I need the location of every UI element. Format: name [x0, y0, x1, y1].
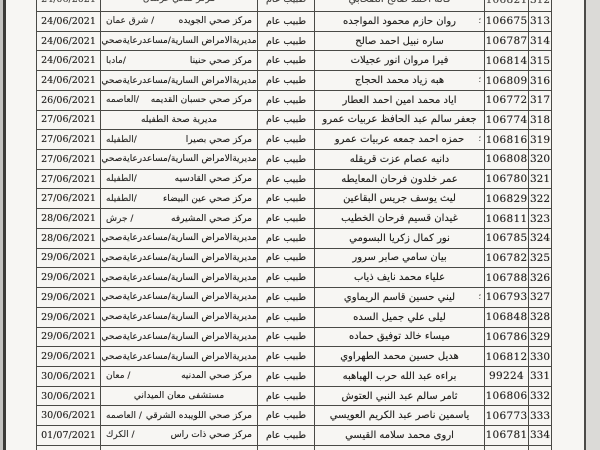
job-title-text: طبيب عام — [266, 0, 306, 5]
workplace: مستشفى معان الميداني — [100, 387, 257, 407]
row-number-text: 323 — [530, 213, 550, 225]
row-number-text: 315 — [530, 55, 550, 67]
job-title: طبيب عام — [257, 12, 314, 32]
workplace-name: مديريةالامراض السارية/مساعدرعايةصحي — [101, 253, 256, 263]
record-date: 27/06/2021 — [36, 130, 100, 150]
physician-name-text: ساره نبيل احمد صالح — [355, 36, 443, 47]
table-row: 322106829ليث يوسف جريس البقاعينطبيب عامم… — [36, 189, 552, 209]
physician-name: علياء محمد نايف ذياب — [314, 268, 484, 288]
job-title-text: طبيب عام — [266, 16, 306, 27]
row-number: 327 — [528, 288, 551, 308]
physician-name: فيرا مروان انور عجيلات — [314, 51, 484, 71]
row-number-text: 321 — [530, 173, 550, 185]
workplace-name: مركز صحي عين البيضاء — [163, 194, 252, 204]
registration-id-text: 106785 — [486, 232, 528, 244]
physician-name-text: ثامر سالم عبد النبي العتوش — [342, 391, 458, 402]
row-number: 326 — [528, 268, 551, 288]
workplace: مديريةالامراض السارية/مساعدرعايةصحي — [100, 328, 257, 348]
registration-id: 106806 — [484, 387, 528, 407]
workplace: مركز صحي حنينا/مادبا — [100, 51, 257, 71]
physician-name: نور كمال زكريا البسومي — [314, 229, 484, 249]
physician-name: هبه زياد محمد الحجاج — [314, 71, 484, 91]
job-title-text: طبيب عام — [266, 134, 306, 145]
record-date: 29/06/2021 — [36, 308, 100, 328]
registration-id-text: 106781 — [486, 429, 528, 441]
workplace-name: مستشفى معان الميداني — [134, 391, 224, 401]
row-number: 328 — [528, 308, 551, 328]
table-row: 330106812هديل حسين محمد الطهراويطبيب عام… — [36, 347, 552, 367]
physician-name-text: ليني حسين قاسم الريماوي — [344, 292, 455, 303]
physician-name: براءه عبد الله حرب الهباهبه — [314, 367, 484, 387]
workplace-name: مركز صحي المشيرفه — [171, 214, 252, 224]
job-title-text: طبيب عام — [266, 331, 306, 342]
table-row: 334106781اروى محمد سلامه القيسيطبيب عامم… — [36, 426, 552, 446]
workplace: مديريةالامراض السارية/مساعدرعايةصحي — [100, 150, 257, 170]
job-title: طبيب عام — [257, 268, 314, 288]
physician-name: ليلى علي جميل السده — [314, 308, 484, 328]
registration-id-text: 106793 — [486, 291, 528, 303]
workplace: مركز صحي غرسان — [100, 0, 257, 12]
record-date-text: 29/06/2021 — [41, 272, 96, 283]
physician-name-text: هديل حسين محمد الطهراوي — [340, 351, 459, 362]
job-title-text: طبيب عام — [266, 75, 306, 86]
row-number: 317 — [528, 91, 551, 111]
record-date: 30/06/2021 — [36, 367, 100, 387]
row-number: 320 — [528, 150, 551, 170]
record-date: 24/06/2021 — [36, 0, 100, 12]
physician-name-text: حمزه احمد جمعه عربيات عمرو — [335, 134, 464, 145]
registration-id: 106829 — [484, 189, 528, 209]
job-title-empty — [257, 446, 314, 450]
registration-id: 106782 — [484, 249, 528, 269]
workplace: مديريةالامراض السارية/مساعدرعايةصحي — [100, 268, 257, 288]
physician-name: اروى محمد سلامه القيسي — [314, 426, 484, 446]
workplace-name: مديريةالامراض السارية/مساعدرعايةصحي — [101, 76, 256, 86]
registration-id: 106816 — [484, 130, 528, 150]
table-row: 327106793ليني حسين قاسم الريماويطبيب عام… — [36, 288, 552, 308]
row-number: 321 — [528, 170, 551, 190]
registration-id-text: 106829 — [486, 193, 528, 205]
row-number-text: 312 — [530, 0, 550, 6]
record-date-text: 24/06/2021 — [41, 16, 96, 27]
record-date: 27/06/2021 — [36, 170, 100, 190]
workplace: مديريةالامراض السارية/مساعدرعايةصحي — [100, 229, 257, 249]
row-number: 333 — [528, 406, 551, 426]
physician-name-text: اياد محمد امين احمد العطار — [342, 95, 456, 106]
physician-name: ثامر سالم عبد النبي العتوش — [314, 387, 484, 407]
row-number-text: 314 — [530, 35, 550, 47]
table-row: 313106675روان حازم محمود المواجدهطبيب عا… — [36, 12, 552, 32]
job-title-text: طبيب عام — [266, 114, 306, 125]
row-number-text: 316 — [530, 75, 550, 87]
registration-id: 106848 — [484, 308, 528, 328]
job-title-text: طبيب عام — [266, 252, 306, 263]
record-date: 29/06/2021 — [36, 249, 100, 269]
workplace-name: مركز صحي اللويبده الشرقي — [146, 411, 252, 421]
workplace: مركز صحي المدنيه/ معان — [100, 367, 257, 387]
physician-name: اياد محمد امين احمد العطار — [314, 91, 484, 111]
record-date: 26/06/2021 — [36, 91, 100, 111]
record-date: 01/07/2021 — [36, 426, 100, 446]
row-number-empty — [528, 446, 551, 450]
record-date-text: 24/06/2021 — [41, 0, 96, 5]
workplace: مديريةالامراض السارية/مساعدرعايةصحي — [100, 71, 257, 91]
row-number: 330 — [528, 347, 551, 367]
physician-name: ساره نبيل احمد صالح — [314, 32, 484, 52]
record-date-text: 27/06/2021 — [41, 114, 96, 125]
physician-name: بيان سامي صابر سرور — [314, 249, 484, 269]
table-row: 333106773ياسمين ناصر عبد الكريم العويسيط… — [36, 406, 552, 426]
job-title: طبيب عام — [257, 71, 314, 91]
registration-id-text: 106808 — [486, 153, 528, 165]
physician-name-text: عمر خلدون فرحان المعايطه — [341, 174, 457, 185]
table-row: 325106782بيان سامي صابر سرورطبيب عاممدير… — [36, 249, 552, 269]
job-title: طبيب عام — [257, 347, 314, 367]
registration-id-text: 106786 — [486, 331, 528, 343]
record-date-text: 24/06/2021 — [41, 55, 96, 66]
row-number: 314 — [528, 32, 551, 52]
workplace-name: مديريةالامراض السارية/مساعدرعايةصحي — [101, 273, 256, 283]
registration-id-text: 106675 — [486, 15, 528, 27]
row-number: 322 — [528, 189, 551, 209]
physician-name-text: براءه عبد الله حرب الهباهبه — [343, 371, 457, 382]
workplace: مركز صحي الجويده/ شرق عمان — [100, 12, 257, 32]
physician-name-text: دانيه عصام عزت قريقله — [350, 154, 450, 165]
physician-name-text: علياء محمد نايف ذياب — [354, 272, 445, 283]
physician-name: دانيه عصام عزت قريقله — [314, 150, 484, 170]
row-number-text: 330 — [530, 351, 550, 363]
registration-id: 106811 — [484, 209, 528, 229]
job-title: طبيب عام — [257, 229, 314, 249]
workplace-governorate: / جرش — [106, 214, 133, 224]
physician-name-text: هبه زياد محمد الحجاج — [355, 75, 444, 86]
record-date-text: 27/06/2021 — [41, 134, 96, 145]
workplace: مديريةالامراض السارية/مساعدرعايةصحي — [100, 288, 257, 308]
physician-name: هديل حسين محمد الطهراوي — [314, 347, 484, 367]
workplace-governorate: /مادبا — [106, 56, 126, 66]
row-number-text: 327 — [530, 291, 550, 303]
record-date-empty — [36, 446, 100, 450]
record-date-text: 30/06/2021 — [41, 371, 96, 382]
record-date: 30/06/2021 — [36, 387, 100, 407]
row-number-text: 325 — [530, 252, 550, 264]
record-date: 24/06/2021 — [36, 51, 100, 71]
registration-id: 106774 — [484, 111, 528, 131]
physician-name: ياسمين ناصر عبد الكريم العويسي — [314, 406, 484, 426]
registration-id: 106772 — [484, 91, 528, 111]
registration-id: 106808 — [484, 150, 528, 170]
job-title: طبيب عام — [257, 111, 314, 131]
workplace-governorate: /الطفيله — [106, 174, 137, 184]
workplace-name: مركز صحي الجويده — [179, 16, 252, 26]
table-row: 328106848ليلى علي جميل السدهطبيب عاممدير… — [36, 308, 552, 328]
registration-id-text: 106787 — [486, 35, 528, 47]
table-row: 317106772اياد محمد امين احمد العطارطبيب … — [36, 91, 552, 111]
job-title-text: طبيب عام — [266, 95, 306, 106]
row-number: 324 — [528, 229, 551, 249]
table-row: 312106821قاله احمد صالح الصحابيطبيب عامم… — [36, 0, 552, 12]
record-date: 29/06/2021 — [36, 328, 100, 348]
physician-name: ليث يوسف جريس البقاعين — [314, 189, 484, 209]
table-row: 332106806ثامر سالم عبد النبي العتوشطبيب … — [36, 387, 552, 407]
workplace: مركز صحي ذات راس/ الكرك — [100, 426, 257, 446]
registration-id-text: 106811 — [486, 213, 528, 225]
physician-name-text: فيرا مروان انور عجيلات — [351, 55, 449, 66]
registration-id: 106785 — [484, 229, 528, 249]
table-row: 316106809هبه زياد محمد الحجاجطبيب عاممدي… — [36, 71, 552, 91]
record-date: 27/06/2021 — [36, 150, 100, 170]
record-date-text: 24/06/2021 — [41, 36, 96, 47]
record-date: 29/06/2021 — [36, 288, 100, 308]
physician-name: عمر خلدون فرحان المعايطه — [314, 170, 484, 190]
registration-id-text: 106814 — [486, 55, 528, 67]
job-title: طبيب عام — [257, 406, 314, 426]
record-date-text: 30/06/2021 — [41, 391, 96, 402]
registration-id-empty — [484, 446, 528, 450]
job-title: طبيب عام — [257, 367, 314, 387]
workplace: مركز صحي بصيرا/الطفيله — [100, 130, 257, 150]
row-number: 331 — [528, 367, 551, 387]
job-title: طبيب عام — [257, 387, 314, 407]
record-date: 30/06/2021 — [36, 406, 100, 426]
job-title-text: طبيب عام — [266, 272, 306, 283]
record-date: 24/06/2021 — [36, 12, 100, 32]
row-number-text: 320 — [530, 153, 550, 165]
physician-name-text: روان حازم محمود المواجده — [343, 16, 456, 27]
registration-id: 99224 — [484, 367, 528, 387]
job-title-text: طبيب عام — [266, 371, 306, 382]
table-row: 33199224براءه عبد الله حرب الهباهبهطبيب … — [36, 367, 552, 387]
record-date-text: 28/06/2021 — [41, 213, 96, 224]
row-number: 332 — [528, 387, 551, 407]
scan-edge-line-left — [3, 0, 6, 450]
registration-id: 106812 — [484, 347, 528, 367]
registration-id: 106809 — [484, 71, 528, 91]
workplace-governorate: /العاصمه — [106, 95, 139, 105]
workplace: مديريةالامراض السارية/مساعدرعايةصحي — [100, 347, 257, 367]
registration-id-text: 106812 — [486, 351, 528, 363]
registration-id-text: 106816 — [486, 134, 528, 146]
row-number-text: 332 — [530, 390, 550, 402]
job-title-text: طبيب عام — [266, 154, 306, 165]
workplace-name: مديريةالامراض السارية/مساعدرعايةصحي — [101, 312, 256, 322]
physician-name-text: ليث يوسف جريس البقاعين — [343, 193, 456, 204]
job-title: طبيب عام — [257, 0, 314, 12]
physician-name: غيدان قسيم فرحان الخطيب — [314, 209, 484, 229]
workplace-name: مركز صحي المدنيه — [181, 371, 252, 381]
job-title: طبيب عام — [257, 288, 314, 308]
job-title: طبيب عام — [257, 189, 314, 209]
job-title: طبيب عام — [257, 32, 314, 52]
record-date-text: 27/06/2021 — [41, 174, 96, 185]
table-row: 329106786ميساء خالد توفيق حمادهطبيب عامم… — [36, 328, 552, 348]
job-title-text: طبيب عام — [266, 410, 306, 421]
registration-id: 106814 — [484, 51, 528, 71]
table-row: 320106808دانيه عصام عزت قريقلهطبيب عاممد… — [36, 150, 552, 170]
record-date-text: 28/06/2021 — [41, 233, 96, 244]
job-title-text: طبيب عام — [266, 312, 306, 323]
workplace-name: مديريةالامراض السارية/مساعدرعايةصحي — [101, 292, 256, 302]
workplace: مديريةالامراض السارية/مساعدرعايةصحي — [100, 249, 257, 269]
record-date-text: 29/06/2021 — [41, 331, 96, 342]
record-date: 29/06/2021 — [36, 347, 100, 367]
physician-name-text: اروى محمد سلامه القيسي — [345, 430, 454, 441]
workplace-governorate: / شرق عمان — [106, 16, 154, 26]
workplace: مركز صحي القادسيه/الطفيله — [100, 170, 257, 190]
job-title-text: طبيب عام — [266, 430, 306, 441]
registration-id: 106675 — [484, 12, 528, 32]
row-number-text: 329 — [530, 331, 550, 343]
record-date-text: 27/06/2021 — [41, 193, 96, 204]
registration-id-text: 106821 — [486, 0, 528, 6]
row-number-text: 326 — [530, 272, 550, 284]
registration-id: 106780 — [484, 170, 528, 190]
row-number: 334 — [528, 426, 551, 446]
row-number-text: 319 — [530, 134, 550, 146]
job-title-text: طبيب عام — [266, 193, 306, 204]
registration-id: 106786 — [484, 328, 528, 348]
registration-id-text: 106848 — [486, 311, 528, 323]
record-date: 24/06/2021 — [36, 32, 100, 52]
row-number-text: 318 — [530, 114, 550, 126]
record-date-text: 29/06/2021 — [41, 252, 96, 263]
table-row: 324106785نور كمال زكريا البسوميطبيب عامم… — [36, 229, 552, 249]
physician-name-text: ياسمين ناصر عبد الكريم العويسي — [330, 410, 470, 421]
row-number-text: 334 — [530, 429, 550, 441]
workplace-name: مديريةالامراض السارية/مساعدرعايةصحي — [101, 332, 256, 342]
physician-name-empty — [314, 446, 484, 450]
job-title: طبيب عام — [257, 328, 314, 348]
record-date: 28/06/2021 — [36, 229, 100, 249]
physician-name-text: نور كمال زكريا البسومي — [349, 233, 450, 244]
physician-name: ليني حسين قاسم الريماوي — [314, 288, 484, 308]
job-title: طبيب عام — [257, 170, 314, 190]
workplace-name: مركز صحي غرسان — [143, 0, 215, 4]
row-number: 323 — [528, 209, 551, 229]
scan-margin-right — [586, 0, 600, 450]
workplace-name: مركز صحي القادسيه — [175, 174, 252, 184]
job-title: طبيب عام — [257, 308, 314, 328]
row-number-text: 313 — [530, 15, 550, 27]
physician-name-text: ليلى علي جميل السده — [353, 312, 446, 323]
row-number: 315 — [528, 51, 551, 71]
table-row: 319106816حمزه احمد جمعه عربيات عمروطبيب … — [36, 130, 552, 150]
record-date-text: 29/06/2021 — [41, 292, 96, 303]
table-row: 315106814فيرا مروان انور عجيلاتطبيب عامم… — [36, 51, 552, 71]
job-title: طبيب عام — [257, 51, 314, 71]
row-number: 316 — [528, 71, 551, 91]
job-title-text: طبيب عام — [266, 55, 306, 66]
workplace-name: مركز صحي حنينا — [190, 56, 252, 66]
job-title-text: طبيب عام — [266, 292, 306, 303]
workplace-name: مديريةالامراض السارية/مساعدرعايةصحي — [101, 352, 256, 362]
registration-id: 106787 — [484, 32, 528, 52]
table-row: 323106811غيدان قسيم فرحان الخطيبطبيب عام… — [36, 209, 552, 229]
record-date: 28/06/2021 — [36, 209, 100, 229]
workplace: مركز صحي المشيرفه/ جرش — [100, 209, 257, 229]
job-title-text: طبيب عام — [266, 213, 306, 224]
job-title: طبيب عام — [257, 426, 314, 446]
record-date-text: 27/06/2021 — [41, 154, 96, 165]
workplace-governorate: /الطفيله — [106, 135, 137, 145]
row-number-text: 317 — [530, 94, 550, 106]
job-title: طبيب عام — [257, 91, 314, 111]
record-date-text: 01/07/2021 — [41, 430, 96, 441]
table-row-partial-bottom — [36, 446, 552, 450]
physician-name-text: قاله احمد صالح الصحابي — [349, 0, 451, 5]
workplace-name: مركز صحي حسبان القديمه — [151, 95, 252, 105]
table-row: 326106788علياء محمد نايف ذيابطبيب عاممدي… — [36, 268, 552, 288]
job-title-text: طبيب عام — [266, 351, 306, 362]
row-number: 312 — [528, 0, 551, 12]
job-title: طبيب عام — [257, 150, 314, 170]
workplace-name: مديريةالامراض السارية/مساعدرعايةصحي — [101, 154, 256, 164]
workplace: مديرية صحة الطفيله — [100, 111, 257, 131]
row-number-text: 333 — [530, 410, 550, 422]
registration-id-text: 106806 — [486, 390, 528, 402]
workplace-governorate: / العاصمه — [106, 411, 142, 421]
registration-id-text: 99224 — [489, 370, 524, 382]
workplace-name: مديرية صحة الطفيله — [141, 115, 217, 125]
table-row: 314106787ساره نبيل احمد صالحطبيب عاممدير… — [36, 32, 552, 52]
workplace: مركز صحي اللويبده الشرقي/ العاصمه — [100, 406, 257, 426]
registration-id: 106781 — [484, 426, 528, 446]
workplace-name: مركز صحي بصيرا — [186, 135, 252, 145]
job-title: طبيب عام — [257, 209, 314, 229]
job-title-text: طبيب عام — [266, 391, 306, 402]
workplace-governorate: / الكرك — [106, 430, 135, 440]
row-number-text: 324 — [530, 232, 550, 244]
record-date: 27/06/2021 — [36, 189, 100, 209]
record-date-text: 29/06/2021 — [41, 351, 96, 362]
registration-id: 106773 — [484, 406, 528, 426]
job-title-text: طبيب عام — [266, 174, 306, 185]
row-number: 325 — [528, 249, 551, 269]
job-title-text: طبيب عام — [266, 36, 306, 47]
registration-id-text: 106780 — [486, 173, 528, 185]
job-title-text: طبيب عام — [266, 233, 306, 244]
workplace-governorate: /الطفيله — [106, 194, 137, 204]
record-date-text: 26/06/2021 — [41, 95, 96, 106]
workplace: مديريةالامراض السارية/مساعدرعايةصحي — [100, 308, 257, 328]
record-date: 29/06/2021 — [36, 268, 100, 288]
physician-name-text: بيان سامي صابر سرور — [352, 252, 446, 263]
workplace-governorate: / معان — [106, 371, 130, 381]
physician-name-text: ميساء خالد توفيق حماده — [349, 331, 450, 342]
table-row: 321106780عمر خلدون فرحان المعايطهطبيب عا… — [36, 170, 552, 190]
registration-id-text: 106809 — [486, 75, 528, 87]
record-date-text: 24/06/2021 — [41, 75, 96, 86]
physician-name-text: جعفر سالم عبد الحافظ عربيات عمرو — [322, 114, 476, 125]
registration-id: 106788 — [484, 268, 528, 288]
registration-id-text: 106773 — [486, 410, 528, 422]
registration-id-text: 106788 — [486, 272, 528, 284]
row-number-text: 328 — [530, 311, 550, 323]
workplace: مركز صحي حسبان القديمه/العاصمه — [100, 91, 257, 111]
physician-name: جعفر سالم عبد الحافظ عربيات عمرو — [314, 111, 484, 131]
row-number-text: 331 — [530, 370, 550, 382]
record-date: 24/06/2021 — [36, 71, 100, 91]
row-number: 313 — [528, 12, 551, 32]
physician-name: روان حازم محمود المواجده — [314, 12, 484, 32]
physician-name: قاله احمد صالح الصحابي — [314, 0, 484, 12]
registration-id-text: 106774 — [486, 114, 528, 126]
record-date-text: 30/06/2021 — [41, 410, 96, 421]
workplace: مركز صحي عين البيضاء/الطفيله — [100, 189, 257, 209]
workplace-name: مديريةالامراض السارية/مساعدرعايةصحي — [101, 233, 256, 243]
row-number: 319 — [528, 130, 551, 150]
registration-id: 106793 — [484, 288, 528, 308]
